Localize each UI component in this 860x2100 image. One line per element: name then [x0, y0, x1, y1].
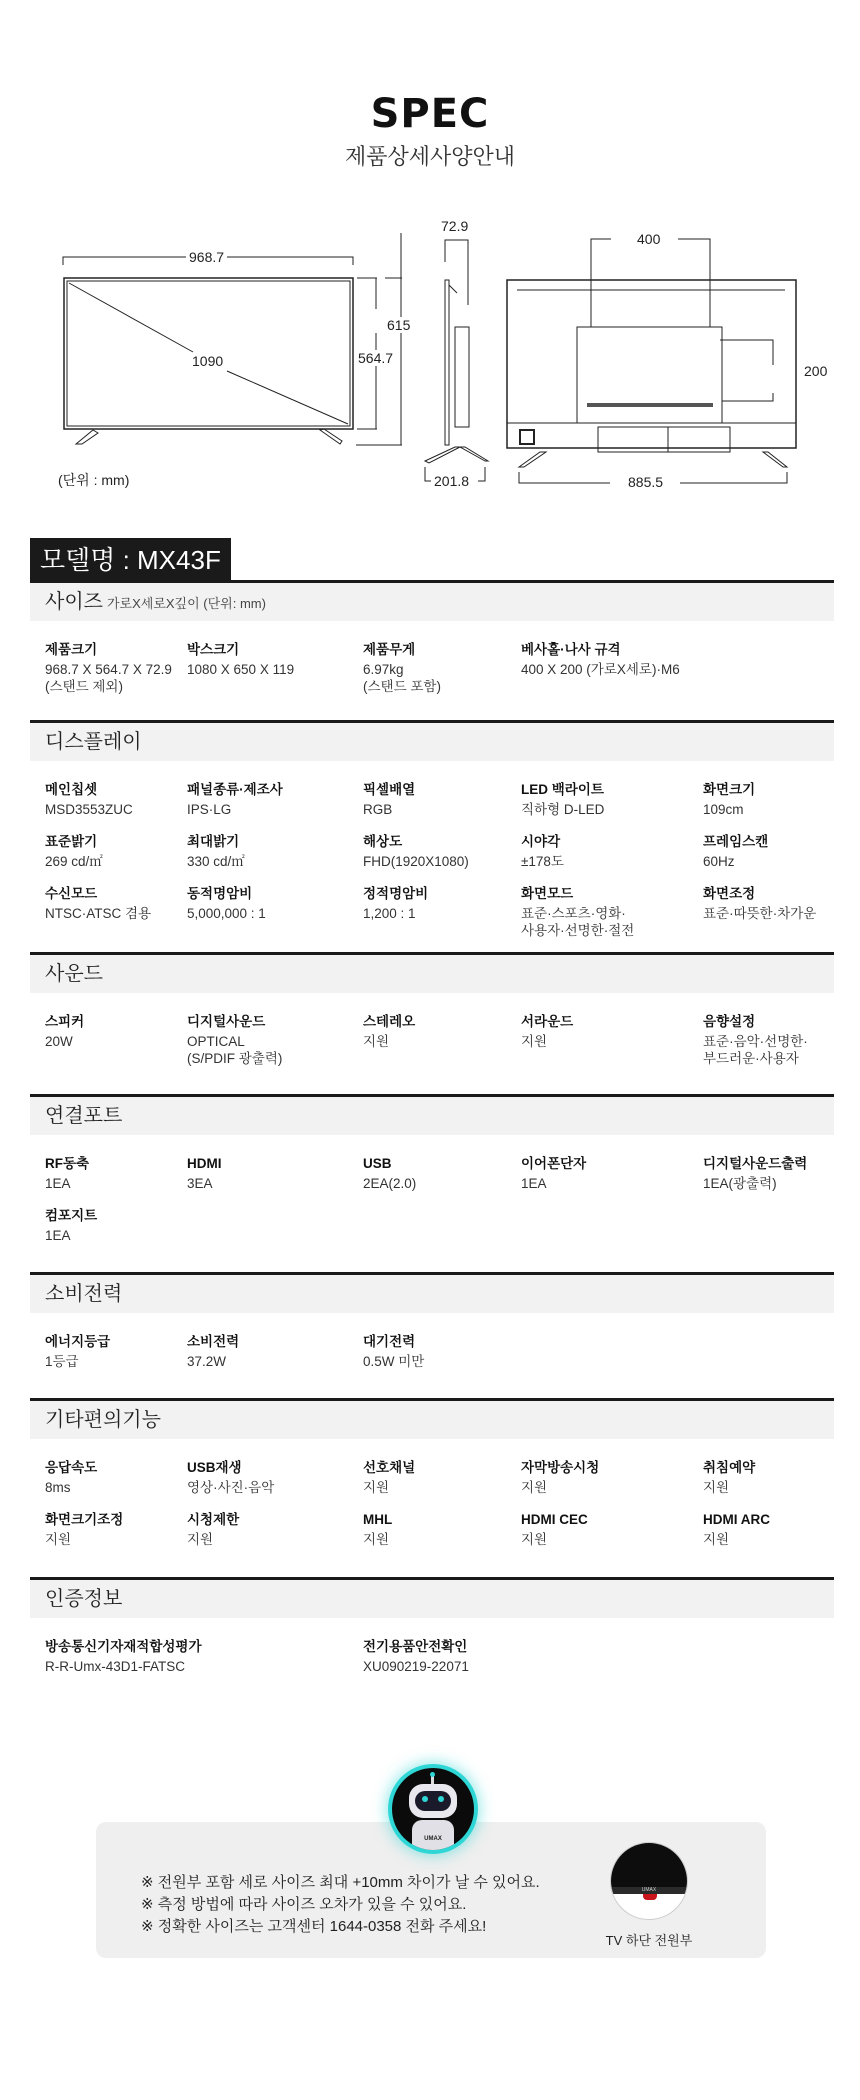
dim-vesa-width: 400 [634, 231, 663, 247]
spec-item: 대기전력0.5W 미만 [363, 1313, 521, 1370]
dim-vesa-height: 200 [801, 363, 830, 379]
spec-item: 표준밝기269 cd/㎡ [45, 818, 187, 870]
spec-item: 디지털사운드출력1EA(광출력) [703, 1135, 849, 1192]
spec-item: 패널종류·제조사IPS·LG [187, 761, 363, 818]
spec-item: 베사홀·나사 규격400 X 200 (가로X세로)·M6 [521, 621, 821, 695]
spec-item: 스피커20W [45, 993, 187, 1067]
spec-item: 응답속도8ms [45, 1439, 187, 1496]
spec-item: 픽셀배열RGB [363, 761, 521, 818]
section-extra-features: 기타편의기능 응답속도8ms USB재생영상·사진·음악 선호채널지원 자막방송… [30, 1398, 834, 1548]
notice-item: ※ 전원부 포함 세로 사이즈 최대 +10mm 차이가 날 수 있어요. [141, 1872, 540, 1894]
section-size: 사이즈가로X세로X깊이 (단위: mm) 제품크기968.7 X 564.7 X… [30, 583, 834, 695]
robot-mascot-icon: UMAX [392, 1768, 474, 1850]
spec-item: USB2EA(2.0) [363, 1135, 521, 1192]
section-heading: 사이즈가로X세로X깊이 (단위: mm) [30, 583, 834, 621]
dim-height-with-stand: 615 [384, 317, 413, 333]
dim-height-no-stand: 564.7 [355, 350, 396, 366]
spec-item: 동적명암비5,000,000 : 1 [187, 870, 363, 939]
dim-diagonal: 1090 [189, 353, 226, 369]
notice-list: ※ 전원부 포함 세로 사이즈 최대 +10mm 차이가 날 수 있어요. ※ … [141, 1872, 540, 1938]
spec-item: 시야각±178도 [521, 818, 703, 870]
section-display: 디스플레이 메인칩셋MSD3553ZUC 패널종류·제조사IPS·LG 픽셀배열… [30, 720, 834, 939]
spec-item: 정적명암비1,200 : 1 [363, 870, 521, 939]
spec-item: 소비전력37.2W [187, 1313, 363, 1370]
dim-stand-span: 885.5 [625, 474, 666, 490]
section-heading: 인증정보 [30, 1580, 834, 1618]
spec-item: 박스크기1080 X 650 X 119 [187, 621, 363, 695]
tv-power-unit-image: UMAX [610, 1842, 688, 1920]
dim-stand-depth: 201.8 [431, 473, 472, 489]
page-subtitle: 제품상세사양안내 [0, 144, 860, 170]
section-heading: 기타편의기능 [30, 1401, 834, 1439]
section-heading: 디스플레이 [30, 723, 834, 761]
spec-item: HDMI ARC지원 [703, 1496, 849, 1548]
spec-item: 메인칩셋MSD3553ZUC [45, 761, 187, 818]
power-unit-caption: TV 하단 전원부 [586, 1930, 712, 1949]
spec-item: 해상도FHD(1920X1080) [363, 818, 521, 870]
spec-item: 방송통신기자재적합성평가R-R-Umx-43D1-FATSC [45, 1618, 363, 1675]
section-power: 소비전력 에너지등급1등급 소비전력37.2W 대기전력0.5W 미만 [30, 1272, 834, 1370]
spec-item: 선호채널지원 [363, 1439, 521, 1496]
spec-item: HDMI3EA [187, 1135, 363, 1192]
unit-label: (단위 : mm) [58, 470, 129, 490]
dim-depth: 72.9 [438, 218, 471, 234]
spec-item: 자막방송시청지원 [521, 1439, 703, 1496]
spec-item: 제품무게6.97kg (스탠드 포함) [363, 621, 521, 695]
spec-item: RF동축1EA [45, 1135, 187, 1192]
spec-item: 수신모드NTSC·ATSC 겸용 [45, 870, 187, 939]
spec-item: 취침예약지원 [703, 1439, 849, 1496]
spec-item: 스테레오지원 [363, 993, 521, 1067]
section-heading: 연결포트 [30, 1097, 834, 1135]
spec-item: 에너지등급1등급 [45, 1313, 187, 1370]
section-sound: 사운드 스피커20W 디지털사운드OPTICAL (S/PDIF 광출력) 스테… [30, 952, 834, 1067]
page-header: SPEC 제품상세사양안내 [0, 92, 860, 170]
spec-item: 디지털사운드OPTICAL (S/PDIF 광출력) [187, 993, 363, 1067]
notice-item: ※ 측정 방법에 따라 사이즈 오차가 있을 수 있어요. [141, 1894, 540, 1916]
spec-item: MHL지원 [363, 1496, 521, 1548]
spec-item: 컴포지트1EA [45, 1192, 187, 1244]
spec-item: 서라운드지원 [521, 993, 703, 1067]
spec-item: 프레임스캔60Hz [703, 818, 849, 870]
dimension-diagram: 968.7 1090 564.7 615 72.9 201.8 400 200 … [0, 205, 860, 495]
section-heading: 소비전력 [30, 1275, 834, 1313]
spec-item: LED 백라이트직하형 D-LED [521, 761, 703, 818]
section-heading: 사운드 [30, 955, 834, 993]
notice-item: ※ 정확한 사이즈는 고객센터 1644-0358 전화 주세요! [141, 1916, 540, 1938]
section-certification: 인증정보 방송통신기자재적합성평가R-R-Umx-43D1-FATSC 전기용품… [30, 1577, 834, 1675]
spec-item: 음향설정표준·음악·선명한· 부드러운·사용자 [703, 993, 849, 1067]
spec-item: 화면크기조정지원 [45, 1496, 187, 1548]
spec-item: 시청제한지원 [187, 1496, 363, 1548]
spec-item: 이어폰단자1EA [521, 1135, 703, 1192]
dim-width: 968.7 [186, 249, 227, 265]
model-name: 모델명 : MX43F [30, 538, 231, 582]
spec-item: 제품크기968.7 X 564.7 X 72.9 (스탠드 제외) [45, 621, 187, 695]
spec-item: 최대밝기330 cd/㎡ [187, 818, 363, 870]
spec-item: 화면조정표준·따뜻한·차가운 [703, 870, 849, 939]
section-ports: 연결포트 RF동축1EA HDMI3EA USB2EA(2.0) 이어폰단자1E… [30, 1094, 834, 1244]
spec-item: USB재생영상·사진·음악 [187, 1439, 363, 1496]
spec-item: 화면모드표준·스포츠·영화· 사용자·선명한·절전 [521, 870, 703, 939]
tv-drawing-icon [0, 205, 860, 495]
page-title: SPEC [0, 92, 860, 136]
spec-item: 전기용품안전확인XU090219-22071 [363, 1618, 763, 1675]
spec-item: 화면크기109cm [703, 761, 849, 818]
spec-item: HDMI CEC지원 [521, 1496, 703, 1548]
